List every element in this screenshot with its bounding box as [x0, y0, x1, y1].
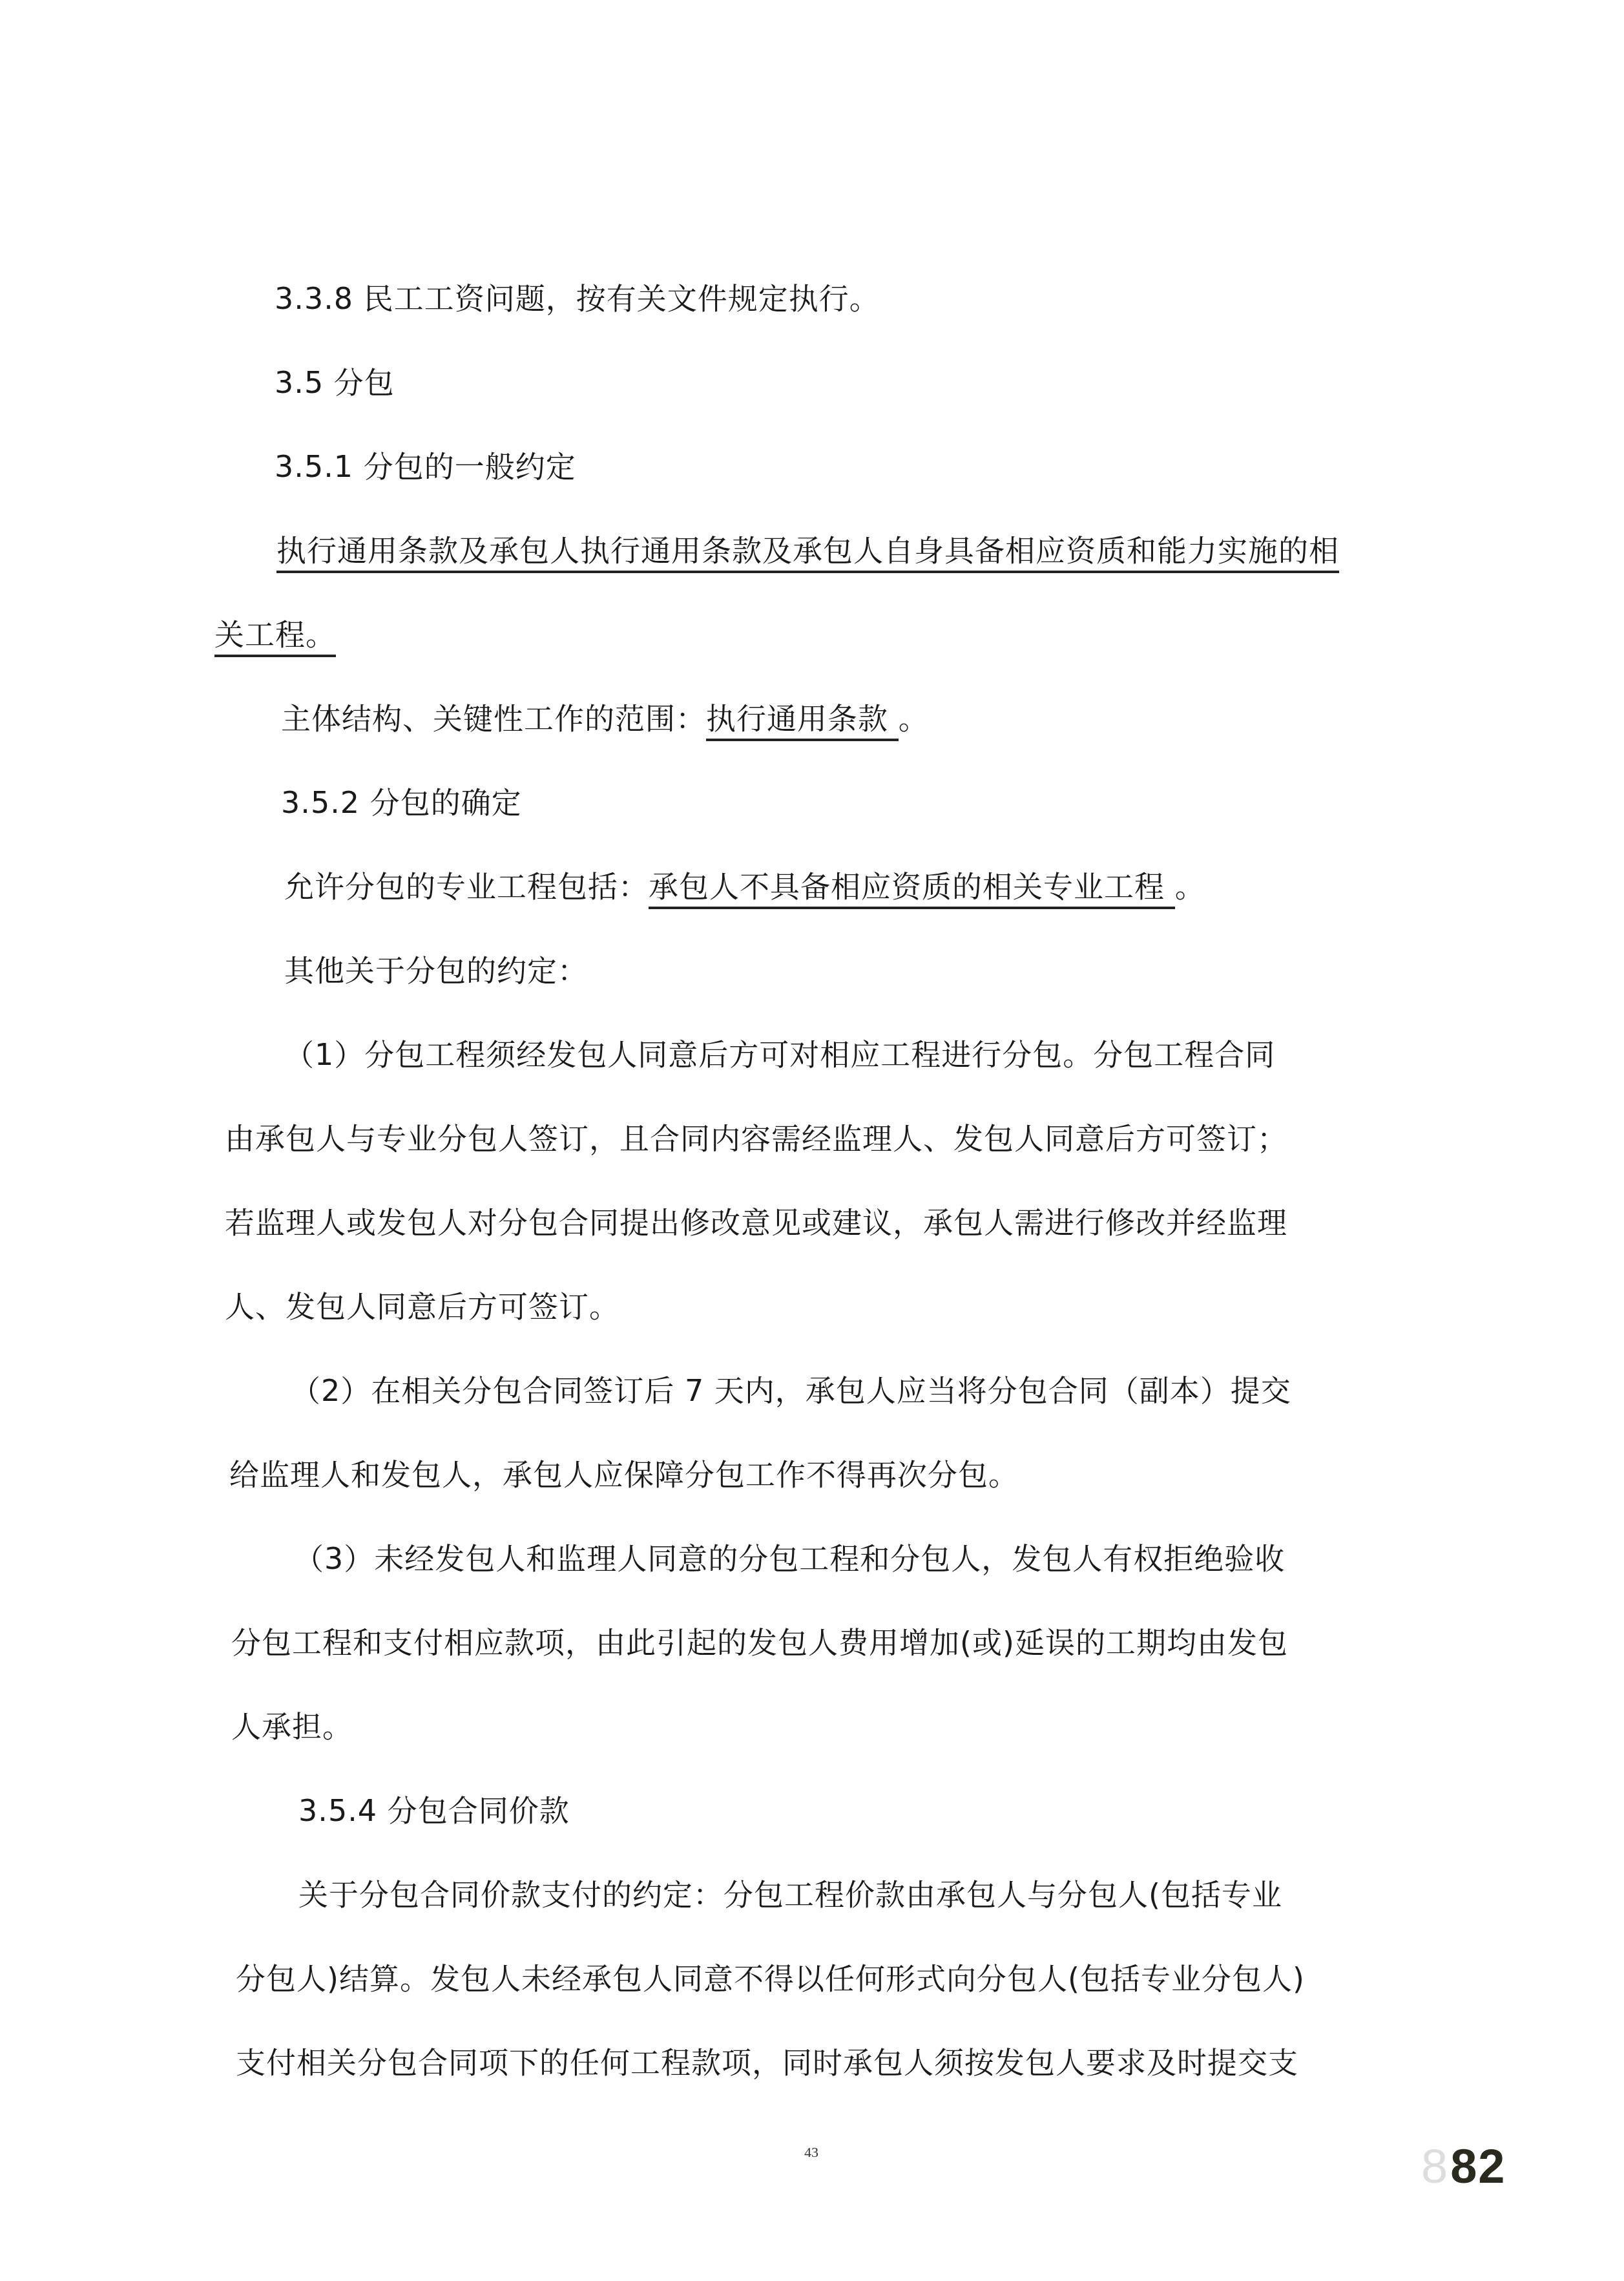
payment-agreement-line-1: 关于分包合同价款支付的约定：分包工程价款由承包人与分包人(包括专业: [298, 1875, 1282, 1914]
subsection-heading-3-5-1: 3.5.1 分包的一般约定: [275, 447, 576, 486]
paragraph-2-line-1: （2）在相关分包合同签订后 7 天内，承包人应当将分包合同（副本）提交: [291, 1371, 1291, 1410]
other-agreements-heading: 其他关于分包的约定：: [284, 951, 588, 990]
paragraph-3-line-3: 人承担。: [231, 1707, 353, 1746]
subsection-heading-3-5-4: 3.5.4 分包合同价款: [298, 1791, 570, 1830]
paragraph-2-line-2: 给监理人和发包人，承包人应保障分包工作不得再次分包。: [229, 1455, 1019, 1494]
stamp-ghost-digit: 8: [1421, 2139, 1449, 2193]
period: 。: [899, 701, 929, 736]
filled-blank: 承包人不具备相应资质的相关专业工程: [649, 869, 1175, 909]
paragraph-1-line-2: 由承包人与专业分包人签订，且合同内容需经监理人、发包人同意后方可签订；: [225, 1119, 1287, 1158]
stamp-number: 82: [1450, 2139, 1506, 2193]
payment-agreement-line-2: 分包人)结算。发包人未经承包人同意不得以任何形式向分包人(包括专业分包人): [236, 1959, 1305, 1998]
subsection-heading-3-5-2: 3.5.2 分包的确定: [281, 783, 522, 822]
paragraph-1-line-1: （1）分包工程须经发包人同意后方可对相应工程进行分包。分包工程合同: [284, 1035, 1275, 1074]
paragraph-3-line-1: （3）未经发包人和监理人同意的分包工程和分包人，发包人有权拒绝验收: [294, 1539, 1285, 1578]
page-stamp: 882: [1421, 2139, 1506, 2194]
general-agreement-line-1: 执行通用条款及承包人执行通用条款及承包人自身具备相应资质和能力实施的相: [276, 531, 1339, 570]
allowed-subcontract-works: 允许分包的专业工程包括：承包人不具备相应资质的相关专业工程 。: [284, 867, 1205, 906]
filled-blank: 执行通用条款及承包人执行通用条款及承包人自身具备相应资质和能力实施的相: [276, 533, 1339, 573]
paragraph-3-line-2: 分包工程和支付相应款项，由此引起的发包人费用增加(或)延误的工期均由发包: [231, 1623, 1288, 1662]
field-label: 允许分包的专业工程包括：: [284, 869, 649, 904]
period: 。: [1175, 869, 1205, 904]
payment-agreement-line-3: 支付相关分包合同项下的任何工程款项，同时承包人须按发包人要求及时提交支: [236, 2043, 1298, 2082]
filled-blank: 执行通用条款: [706, 701, 899, 741]
paragraph-1-line-3: 若监理人或发包人对分包合同提出修改意见或建议，承包人需进行修改并经监理: [225, 1203, 1287, 1242]
clause-3-3-8: 3.3.8 民工工资问题，按有关文件规定执行。: [275, 279, 880, 318]
field-label: 主体结构、关键性工作的范围：: [281, 701, 706, 736]
paragraph-1-line-4: 人、发包人同意后方可签订。: [225, 1287, 619, 1326]
filled-blank: 关工程。: [214, 617, 336, 657]
main-structure-scope: 主体结构、关键性工作的范围：执行通用条款 。: [281, 699, 929, 738]
general-agreement-line-2: 关工程。: [214, 615, 336, 654]
page-number: 43: [804, 2144, 818, 2161]
section-heading-3-5: 3.5 分包: [275, 363, 395, 402]
